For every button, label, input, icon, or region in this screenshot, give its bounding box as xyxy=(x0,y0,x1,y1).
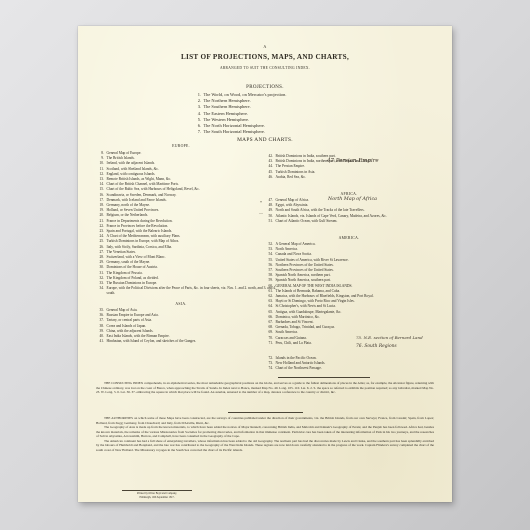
item-title: Barbadoes and St Vincent. xyxy=(276,320,314,324)
item-number: 34. xyxy=(95,286,104,291)
africa-heading: AFRICA. xyxy=(264,192,434,196)
consulting-index-paragraph: THE CONSULTING INDEX comprehends, in an … xyxy=(96,381,434,395)
item-title: China, with the adjacent Islands. xyxy=(107,329,154,333)
item-number: 41. xyxy=(95,339,104,344)
authorities-paragraphs: THE AUTHORITIES on which some of these M… xyxy=(96,416,434,452)
item-number: 71. xyxy=(264,341,273,346)
item-title: Hindustan, with Island of Ceylon, and sk… xyxy=(107,339,197,343)
item-title: St Christopher's, with Nevis and St Luci… xyxy=(276,304,336,308)
item-title: A Chart of the Mediterranean, with auxil… xyxy=(107,234,181,238)
list-item: 7.The South Horizontal Hemisphere. xyxy=(196,129,286,135)
item-title: North America. xyxy=(276,247,298,251)
europe-heading: EUROPE. xyxy=(96,144,266,148)
item-title: GENERAL MAP OF THE WEST INDIA ISLANDS. xyxy=(276,284,353,288)
item-number: 74. xyxy=(264,366,273,371)
item-title: Chart of the British Channel, with Marit… xyxy=(107,182,179,186)
divider xyxy=(278,377,370,378)
imprint-line-2: Edinburgh, 10th September 1817. xyxy=(122,496,192,500)
item-title: Antigua, with Guadaloupe, Mariegalante, … xyxy=(276,310,342,314)
asia-heading: ASIA. xyxy=(96,302,266,306)
item-title: Spanish North America, southern part. xyxy=(276,278,331,282)
item-title: Arabia, Red Sea, &c. xyxy=(276,175,307,179)
item-title: The Southern Hemisphere. xyxy=(204,104,251,109)
item-title: Belgium, or the Netherlands. xyxy=(107,213,149,217)
item-title: Chart of the Northwest Passage. xyxy=(276,366,322,370)
item-title: The Northern Hemisphere. xyxy=(204,98,251,103)
list-item: 74.Chart of the Northwest Passage. xyxy=(264,366,444,371)
item-title: A General Map of America. xyxy=(276,242,316,246)
item-title: Spanish North America, northern part. xyxy=(276,273,331,277)
item-title: Chart of the Baltic Sea, with Harbours o… xyxy=(107,187,200,191)
handwritten-note-persian: 47 Persian Empire xyxy=(327,158,379,164)
item-title: The North Horizontal Hemisphere. xyxy=(204,123,265,128)
item-title: The Western Hemisphere. xyxy=(204,117,250,122)
handwritten-note-75: 75. N.E. section of Bernard Land xyxy=(356,335,423,340)
america-list-continued: 72.Islands in the Pacific Ocean.73.New H… xyxy=(264,356,444,372)
printer-imprint: Printed by Oliver Boyd and Company, Edin… xyxy=(122,492,192,499)
item-title: France in Departments during the Revolut… xyxy=(107,219,173,223)
item-number: 51. xyxy=(264,219,273,224)
europe-list: 8.General Map of Europe.9.The British Is… xyxy=(95,151,277,297)
item-title: Scandinavia, or Sweden, Denmark, and Nor… xyxy=(107,193,177,197)
item-title: The Venetian States. xyxy=(107,250,136,254)
america-list: 52.A General Map of America.53.North Ame… xyxy=(264,242,444,346)
margin-mark: — xyxy=(259,210,263,215)
item-title: Peru, Chili, and La Plata. xyxy=(276,341,312,345)
item-title: Spain and Portugal, with the Balearic Is… xyxy=(107,229,173,233)
item-title: Remote British Islands, as Wight, Mann, … xyxy=(107,177,172,181)
item-title: Europe, with the Political Divisions aft… xyxy=(107,286,276,295)
item-title: Russian Empire in Europe and Asia. xyxy=(107,313,159,317)
handwritten-note-76: 76. South Regions xyxy=(356,344,397,349)
item-title: United States of America, with River St … xyxy=(276,258,349,262)
item-title: Caraccas and Guiana. xyxy=(276,336,307,340)
item-title: The South Horizontal Hemisphere. xyxy=(204,129,265,134)
item-title: Holland, or Seven United Provinces. xyxy=(107,208,160,212)
list-item: 46.Arabia, Red Sea, &c. xyxy=(264,175,444,180)
item-title: Northern Provinces of the United States. xyxy=(276,263,334,267)
item-title: Ireland, with the adjacent Islands. xyxy=(107,161,156,165)
list-item: 71.Peru, Chili, and La Plata. xyxy=(264,341,444,346)
consulting-index-text: THE CONSULTING INDEX comprehends, in an … xyxy=(96,381,434,395)
item-title: Grenada, Tobago, Trinidad, and Curaçoa. xyxy=(276,325,335,329)
maps-and-charts-heading: MAPS AND CHARTS. xyxy=(78,137,452,143)
page-title: LIST OF PROJECTIONS, MAPS, AND CHARTS, xyxy=(78,53,452,61)
projections-list: 1.The World, on Wood, on Mercator's proj… xyxy=(196,92,286,135)
item-title: North and South Africa, with the Tracks … xyxy=(276,208,365,212)
america-heading: AMERICA. xyxy=(264,236,434,240)
item-title: Scotland, with Shetland Islands, &c. xyxy=(107,167,159,171)
item-title: General Map of Europe. xyxy=(107,151,142,155)
item-title: Jamaica, with the Harbours of Bluefields… xyxy=(276,294,374,298)
projections-heading: PROJECTIONS. xyxy=(78,85,452,90)
item-title: The Kingdom of Poland, as divided. xyxy=(107,276,159,280)
authorities-text: The American continent has had a full sh… xyxy=(96,439,434,453)
imprint-rule xyxy=(122,490,192,491)
authorities-text: The Geography of Asia is made up from th… xyxy=(96,425,434,439)
item-title: Islands in the Pacific Ocean. xyxy=(276,356,317,360)
margin-mark: * xyxy=(260,200,262,205)
item-title: Italy, with Sicily, Sardinia, Corsica, a… xyxy=(107,245,173,249)
item-number: 46. xyxy=(264,175,273,180)
document-page: A LIST OF PROJECTIONS, MAPS, AND CHARTS,… xyxy=(78,26,452,502)
item-title: The Eastern Hemisphere. xyxy=(204,111,249,116)
header-letter: A xyxy=(78,44,452,49)
item-title: South America. xyxy=(276,330,298,334)
item-title: Tartary, or central parts of Asia. xyxy=(107,318,153,322)
item-title: Chart of Atlantic Ocean, with Gulf Strea… xyxy=(276,219,338,223)
divider xyxy=(228,412,303,413)
asia-list: 35.General Map of Asia.36.Russian Empire… xyxy=(95,308,277,344)
item-title: The Islands of Bermuda, Bahama, and Cuba… xyxy=(276,289,341,293)
item-title: General Map of Africa. xyxy=(276,198,310,202)
item-title: The Kingdom of Prussia. xyxy=(107,271,143,275)
list-item: 41.Hindustan, with Island of Ceylon, and… xyxy=(95,339,277,344)
item-title: Turkish Dominions in Asia. xyxy=(276,170,316,174)
item-number: 7. xyxy=(196,129,201,135)
list-item: 51.Chart of Atlantic Ocean, with Gulf St… xyxy=(264,219,444,224)
item-title: Canada and Nova Scotia. xyxy=(276,252,312,256)
item-title: The British Islands. xyxy=(107,156,135,160)
item-title: The Persian Empire. xyxy=(276,164,305,168)
item-title: Germany, south of the Mayne. xyxy=(107,260,151,264)
item-title: Turkish Dominions in Europe, with Map of… xyxy=(107,239,180,243)
item-title: Egypt, with Abyssinia. xyxy=(276,203,309,207)
item-title: Denmark, with Iceland and Faroe Islands. xyxy=(107,198,167,202)
item-title: England, with contiguous Islands. xyxy=(107,172,156,176)
item-title: Corea and Islands of Japan. xyxy=(107,324,147,328)
page-subtitle: ARRANGED TO SUIT THE CONSULTING INDEX. xyxy=(78,66,452,70)
item-title: East India Islands, with the Birman Empi… xyxy=(107,334,170,338)
handwritten-note-africa: North Map of Africa xyxy=(328,197,377,202)
authorities-text: THE AUTHORITIES on which some of these M… xyxy=(96,416,434,425)
item-title: France in Provinces before the Revolutio… xyxy=(107,224,169,228)
item-title: The Russian Dominions in Europe. xyxy=(107,281,158,285)
item-title: Southern Provinces of the United States. xyxy=(276,268,334,272)
list-item: 34.Europe, with the Political Divisions … xyxy=(95,286,277,296)
item-title: Dominions of the House of Austria. xyxy=(107,265,158,269)
item-title: Hayti or St Domingo, with Porto Rico and… xyxy=(276,299,355,303)
item-title: General Map of Asia. xyxy=(107,308,138,312)
item-title: Dominica, with Martinico, &c. xyxy=(276,315,321,319)
item-title: Switzerland, with a View of Mont Blanc. xyxy=(107,255,166,259)
item-title: Atlantic Islands, viz. Islands of Cape V… xyxy=(276,214,387,218)
item-title: The World, on Wood, on Mercator's projec… xyxy=(204,92,287,97)
item-title: Germany, north of the Mayne. xyxy=(107,203,150,207)
item-title: New Holland and Antartic Islands. xyxy=(276,361,326,365)
